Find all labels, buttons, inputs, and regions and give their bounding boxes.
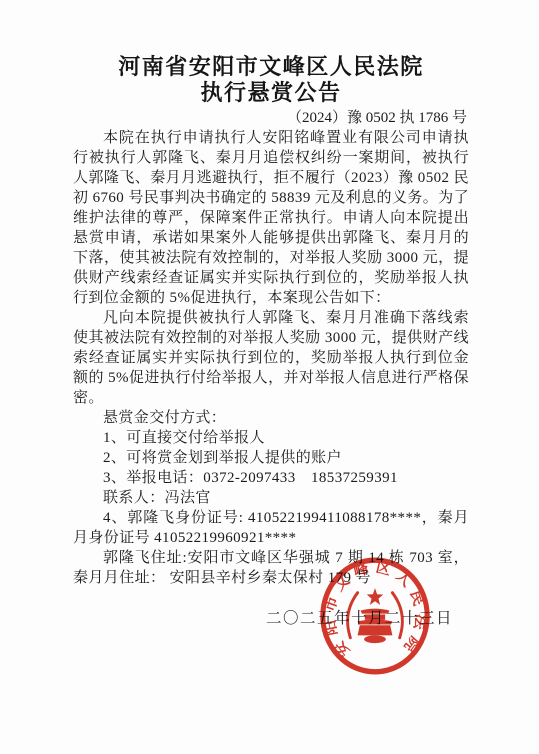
paragraph-case-background: 本院在执行申请执行人安阳铭峰置业有限公司申请执行被执行人郭隆飞、秦月月追偿权纠纷…	[73, 128, 469, 308]
court-name-title: 河南省安阳市文峰区人民法院	[73, 54, 469, 80]
seal-wreath-left	[348, 593, 358, 638]
announcement-page: 河南省安阳市文峰区人民法院 执行悬赏公告 （2024）豫 0502 执 1786…	[0, 0, 539, 754]
seal-wreath-right	[392, 593, 402, 638]
line-contact-person: 联系人：冯法官	[73, 488, 469, 508]
line-method-direct-payment: 1、可直接交付给举报人	[73, 428, 469, 448]
national-emblem-icon	[358, 588, 393, 643]
line-reward-method-heading: 悬赏金交付方式：	[73, 408, 469, 428]
court-seal-graphic: 安阳市文峰区人民法院	[317, 554, 433, 678]
announcement-title: 执行悬赏公告	[73, 80, 469, 106]
document-body: 河南省安阳市文峰区人民法院 执行悬赏公告 （2024）豫 0502 执 1786…	[73, 54, 469, 588]
paragraph-reward-terms: 凡向本院提供被执行人郭隆飞、秦月月准确下落线索使其被法院有效控制的对举报人奖励 …	[73, 308, 469, 408]
line-report-phone: 3、举报电话：0372-2097433 18537259391	[73, 468, 469, 488]
court-seal: 安阳市文峰区人民法院	[317, 554, 433, 678]
line-id-numbers: 4、郭隆飞身份证号: 410522199411088178****，秦月月身份证…	[73, 508, 469, 548]
line-method-bank-transfer: 2、可将赏金划到举报人提供的账户	[73, 448, 469, 468]
case-number: （2024）豫 0502 执 1786 号	[73, 108, 467, 128]
